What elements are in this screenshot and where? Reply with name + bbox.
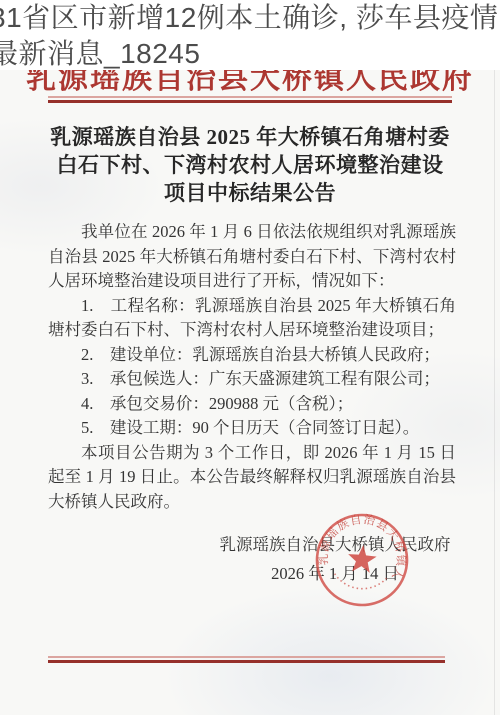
closing-paragraph: 5. 建设工期：90 个日历天（合同签订日起）。 [48, 416, 456, 441]
doc-title-line-1: 乳源瑶族自治县 2025 年大桥镇石角塘村委 [0, 123, 500, 151]
list-item-3: 3. 承包候选人：广东天盛源建筑工程有限公司； [48, 367, 456, 392]
footer-rule-thin [48, 656, 445, 658]
list-item-4: 4. 承包交易价：290988 元（含税）； [48, 392, 456, 417]
notice-period-paragraph: 本项目公告期为 3 个工作日，即 2026 年 1 月 15 日起至 1 月 1… [48, 441, 456, 515]
footer-rule [48, 656, 445, 663]
footer-rule-thick [48, 660, 445, 663]
list-item-2: 2. 建设单位：乳源瑶族自治县大桥镇人民政府； [48, 343, 456, 368]
page-title: 31省区市新增12例本土确诊, 莎车县疫情最新消息_18245 [0, 0, 500, 72]
letterhead-rule [48, 96, 452, 103]
doc-title-line-2: 白石下村、下湾村农村人居环境整治建设 [0, 151, 500, 179]
svg-text:乳源瑶族自治县大桥镇人民政府: 乳源瑶族自治县大桥镇人民政府 [306, 504, 414, 583]
letterhead-rule-thick [48, 100, 452, 103]
official-seal: 乳源瑶族自治县大桥镇人民政府 [306, 504, 419, 617]
doc-title-line-3: 项目中标结果公告 [0, 179, 500, 207]
seal-star-icon [347, 544, 378, 574]
doc-title: 乳源瑶族自治县 2025 年大桥镇石角塘村委 白石下村、下湾村农村人居环境整治建… [0, 123, 500, 207]
document-scan: 乳源瑶族自治县大桥镇人民政府 乳源瑶族自治县 2025 年大桥镇石角塘村委 白石… [0, 70, 500, 715]
letterhead-title: 乳源瑶族自治县大桥镇人民政府 [0, 70, 500, 95]
scan-right-edge [494, 70, 495, 715]
intro-paragraph: 我单位在 2026 年 1 月 6 日依法依规组织对乳源瑶族自治县 2025 年… [48, 220, 456, 294]
list-item-1: 1. 工程名称：乳源瑶族自治县 2025 年大桥镇石角塘村委白石下村、下湾村农村… [48, 294, 456, 343]
doc-body: 我单位在 2026 年 1 月 6 日依法依规组织对乳源瑶族自治县 2025 年… [48, 220, 456, 514]
seal-arc-text: 乳源瑶族自治县大桥镇人民政府 [306, 504, 414, 583]
seal-bottom-dots [334, 574, 387, 591]
letterhead-rule-thin [48, 96, 452, 98]
